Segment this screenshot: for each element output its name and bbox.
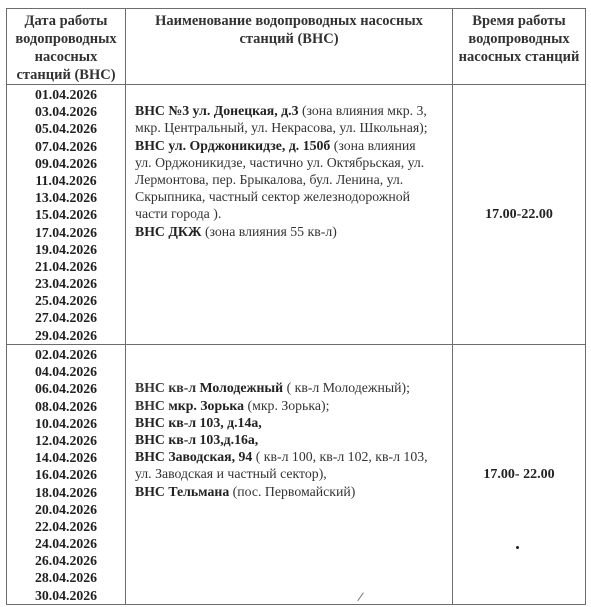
header-station-name-text: Наименование водопроводных насосных стан…: [126, 9, 452, 48]
date-item: 09.04.2026: [7, 155, 125, 172]
date-item: 27.04.2026: [7, 309, 125, 326]
date-item: 15.04.2026: [7, 206, 125, 223]
date-item: 13.04.2026: [7, 189, 125, 206]
time-value: 17.00- 22.00: [483, 467, 554, 482]
station-name: ВНС Тельмана: [135, 484, 229, 499]
date-item: 14.04.2026: [7, 449, 125, 466]
date-item: 22.04.2026: [7, 518, 125, 535]
date-item: 10.04.2026: [7, 415, 125, 432]
header-date-text: Дата работы водопроводных насосных станц…: [7, 9, 125, 84]
time-cell: 17.00-22.00: [453, 85, 586, 345]
date-item: 04.04.2026: [7, 363, 125, 380]
ink-dot: [516, 546, 519, 549]
spacer: [135, 85, 452, 102]
date-item: 18.04.2026: [7, 484, 125, 501]
station-entry: ВНС кв-л 103, д.14а,: [135, 414, 452, 431]
schedule-group-even: 02.04.202604.04.202606.04.202608.04.2026…: [7, 345, 586, 605]
schedule-group-odd: 01.04.202603.04.202605.04.202607.04.2026…: [7, 85, 586, 345]
station-name: ВНС №3 ул. Донецкая, д.3: [135, 103, 299, 118]
station-name: ВНС кв-л 103,д.16а,: [135, 432, 258, 447]
date-item: 05.04.2026: [7, 120, 125, 137]
station-detail: (зона влияния 55 кв-л): [202, 224, 337, 239]
stations-cell: ВНС кв-л Молодежный ( кв-л Молодежный);В…: [126, 345, 453, 605]
dates-cell: 02.04.202604.04.202606.04.202608.04.2026…: [7, 345, 126, 605]
date-item: 28.04.2026: [7, 569, 125, 586]
station-entry: ВНС Заводская, 94 ( кв-л 100, кв-л 102, …: [135, 448, 452, 482]
spacer: [135, 345, 452, 362]
date-item: 24.04.2026: [7, 535, 125, 552]
station-entry: ВНС №3 ул. Донецкая, д.3 (зона влияния м…: [135, 102, 452, 136]
date-item: 11.04.2026: [7, 172, 125, 189]
time-cell: 17.00- 22.00: [453, 345, 586, 605]
date-item: 29.04.2026: [7, 327, 125, 344]
date-item: 03.04.2026: [7, 103, 125, 120]
date-item: 12.04.2026: [7, 432, 125, 449]
date-item: 06.04.2026: [7, 380, 125, 397]
date-item: 07.04.2026: [7, 138, 125, 155]
header-row: Дата работы водопроводных насосных станц…: [7, 9, 586, 85]
station-detail: (пос. Первомайский): [229, 484, 355, 499]
date-item: 02.04.2026: [7, 346, 125, 363]
station-entry: ВНС Тельмана (пос. Первомайский): [135, 483, 452, 500]
date-item: 08.04.2026: [7, 398, 125, 415]
date-item: 26.04.2026: [7, 552, 125, 569]
station-entry: ВНС кв-л Молодежный ( кв-л Молодежный);: [135, 379, 452, 396]
station-name: ВНС кв-л 103, д.14а,: [135, 415, 262, 430]
station-name: мкр. Зорька: [168, 398, 244, 413]
station-name: ВНС ул. Орджоникидзе, д. 150б: [135, 138, 330, 153]
time-value: 17.00-22.00: [485, 207, 553, 222]
station-entry: ВНС ул. Орджоникидзе, д. 150б (зона влия…: [135, 137, 452, 223]
dates-cell: 01.04.202603.04.202605.04.202607.04.2026…: [7, 85, 126, 345]
header-date: Дата работы водопроводных насосных станц…: [7, 9, 126, 85]
pump-station-schedule-table: Дата работы водопроводных насосных станц…: [6, 8, 586, 605]
date-item: 17.04.2026: [7, 224, 125, 241]
station-entry: ВНС мкр. Зорька (мкр. Зорька);: [135, 397, 452, 414]
date-item: 25.04.2026: [7, 292, 125, 309]
station-prefix: ВНС: [135, 398, 168, 413]
header-station-name: Наименование водопроводных насосных стан…: [126, 9, 453, 85]
date-item: 30.04.2026: [7, 587, 125, 604]
date-item: 23.04.2026: [7, 275, 125, 292]
station-entry: ВНС ДКЖ (зона влияния 55 кв-л): [135, 223, 452, 240]
station-name: ВНС ДКЖ: [135, 224, 202, 239]
stations-cell: ВНС №3 ул. Донецкая, д.3 (зона влияния м…: [126, 85, 453, 345]
spacer: [135, 362, 452, 379]
date-item: 16.04.2026: [7, 466, 125, 483]
station-entry: ВНС кв-л 103,д.16а,: [135, 431, 452, 448]
date-item: 20.04.2026: [7, 501, 125, 518]
header-time-text: Время работы водопроводных насосных стан…: [453, 9, 585, 66]
station-detail: (мкр. Зорька);: [244, 398, 329, 413]
station-name: ВНС Заводская, 94: [135, 449, 252, 464]
header-time: Время работы водопроводных насосных стан…: [453, 9, 586, 85]
date-item: 01.04.2026: [7, 86, 125, 103]
station-prefix: ВНС кв-л: [135, 380, 200, 395]
station-name: Молодежный: [200, 380, 284, 395]
date-item: 21.04.2026: [7, 258, 125, 275]
station-detail: ( кв-л Молодежный);: [283, 380, 410, 395]
date-item: 19.04.2026: [7, 241, 125, 258]
